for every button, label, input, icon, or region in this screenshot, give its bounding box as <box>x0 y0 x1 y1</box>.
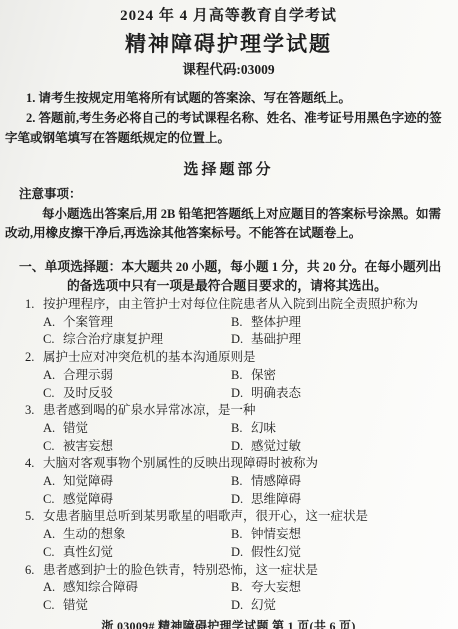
option-label: C. <box>43 438 63 456</box>
notice-block: 注意事项： 每小题选出答案后,用 2B 铅笔把答题纸上对应题目的答案标号涂黑。如… <box>5 186 452 242</box>
option-text: 基础护理 <box>251 331 301 349</box>
option-text: 错觉 <box>63 420 88 438</box>
answer-option: C. 及时反驳 <box>43 385 231 403</box>
question-number: 5. <box>25 508 43 526</box>
option-label: B. <box>231 579 251 597</box>
option-label: C. <box>43 597 63 615</box>
question-stem-row: 6. 患者感到护士的脸色铁青，特别恐怖，这一症状是 <box>5 562 452 580</box>
question-stem: 属护士应对冲突危机的基本沟通原则是 <box>43 349 452 367</box>
option-text: 个案管理 <box>63 314 113 332</box>
option-text: 被害妄想 <box>63 438 113 456</box>
answer-option: D. 幻觉 <box>231 597 452 615</box>
option-label: A. <box>43 314 63 332</box>
option-text: 感知综合障碍 <box>63 579 138 597</box>
page-title: 精神障碍护理学试题 <box>5 30 452 58</box>
question: 3. 患者感到喝的矿泉水异常冰凉，是一种 A. 错觉 B. 幻味 C. 被害妄想… <box>5 402 452 455</box>
exam-session: 2024 年 4 月高等教育自学考试 <box>5 6 452 26</box>
question-stem-row: 1. 按护理程序，由主管护士对每位住院患者从入院到出院全责照护称为 <box>5 296 452 314</box>
answer-option: B. 夸大妄想 <box>231 579 452 597</box>
question-list: 1. 按护理程序，由主管护士对每位住院患者从入院到出院全责照护称为 A. 个案管… <box>5 296 452 615</box>
option-text: 整体护理 <box>251 314 301 332</box>
option-label: B. <box>231 420 251 438</box>
question-stem: 患者感到护士的脸色铁青，特别恐怖，这一症状是 <box>43 562 452 580</box>
answer-option: B. 整体护理 <box>231 314 452 332</box>
option-text: 错觉 <box>63 597 88 615</box>
option-text: 知觉障碍 <box>63 473 113 491</box>
option-label: B. <box>231 314 251 332</box>
answer-option: A. 生动的想象 <box>43 526 231 544</box>
answer-option: C. 综合治疗康复护理 <box>43 331 231 349</box>
answer-option: B. 钟情妄想 <box>231 526 452 544</box>
option-label: A. <box>43 420 63 438</box>
option-text: 幻味 <box>251 420 276 438</box>
option-text: 真性幻觉 <box>63 544 113 562</box>
question: 2. 属护士应对冲突危机的基本沟通原则是 A. 合理示弱 B. 保密 C. 及时… <box>5 349 452 402</box>
answer-option: D. 明确表态 <box>231 385 452 403</box>
question-stem: 大脑对客观事物个别属性的反映出现障碍时被称为 <box>43 455 452 473</box>
question-stem-row: 5. 女患者脑里总听到某男歌星的唱歌声，很开心，这一症状是 <box>5 508 452 526</box>
answer-option: C. 感觉障碍 <box>43 491 231 509</box>
part-heading: 一、单项选择题：本大题共 20 小题，每小题 1 分，共 20 分。在每小题列出… <box>19 258 452 295</box>
option-text: 合理示弱 <box>63 367 113 385</box>
question-number: 3. <box>25 402 43 420</box>
answer-option: A. 感知综合障碍 <box>43 579 231 597</box>
answer-option: C. 真性幻觉 <box>43 544 231 562</box>
option-text: 保密 <box>251 367 276 385</box>
option-label: A. <box>43 526 63 544</box>
question-options: A. 个案管理 B. 整体护理 C. 综合治疗康复护理 D. 基础护理 <box>43 314 452 349</box>
option-label: D. <box>231 597 251 615</box>
answer-option: C. 错觉 <box>43 597 231 615</box>
question-stem: 按护理程序，由主管护士对每位住院患者从入院到出院全责照护称为 <box>43 296 452 314</box>
section-title: 选择题部分 <box>5 160 452 180</box>
instruction-item: 1. 请考生按规定用笔将所有试题的答案涂、写在答题纸上。 <box>5 88 452 108</box>
question-options: A. 知觉障碍 B. 情感障碍 C. 感觉障碍 D. 思维障碍 <box>43 473 452 508</box>
answer-option: A. 个案管理 <box>43 314 231 332</box>
question-number: 1. <box>25 296 43 314</box>
option-text: 感觉障碍 <box>63 491 113 509</box>
notice-text: 每小题选出答案后,用 2B 铅笔把答题纸上对应题目的答案标号涂黑。如需改动,用橡… <box>5 205 452 242</box>
answer-option: A. 知觉障碍 <box>43 473 231 491</box>
option-text: 情感障碍 <box>251 473 301 491</box>
option-text: 生动的想象 <box>63 526 126 544</box>
answer-option: B. 保密 <box>231 367 452 385</box>
answer-option: D. 思维障碍 <box>231 491 452 509</box>
option-label: A. <box>43 473 63 491</box>
option-label: C. <box>43 385 63 403</box>
answer-option: B. 情感障碍 <box>231 473 452 491</box>
option-label: C. <box>43 544 63 562</box>
option-text: 综合治疗康复护理 <box>63 331 163 349</box>
question: 6. 患者感到护士的脸色铁青，特别恐怖，这一症状是 A. 感知综合障碍 B. 夸… <box>5 562 452 615</box>
answer-option: A. 合理示弱 <box>43 367 231 385</box>
answer-option: D. 感觉过敏 <box>231 438 452 456</box>
question-stem: 患者感到喝的矿泉水异常冰凉，是一种 <box>43 402 452 420</box>
option-label: A. <box>43 367 63 385</box>
question-number: 2. <box>25 349 43 367</box>
option-label: B. <box>231 367 251 385</box>
option-text: 钟情妄想 <box>251 526 301 544</box>
question: 5. 女患者脑里总听到某男歌星的唱歌声，很开心，这一症状是 A. 生动的想象 B… <box>5 508 452 561</box>
option-text: 夸大妄想 <box>251 579 301 597</box>
question-options: A. 生动的想象 B. 钟情妄想 C. 真性幻觉 D. 假性幻觉 <box>43 526 452 561</box>
option-label: D. <box>231 385 251 403</box>
option-text: 假性幻觉 <box>251 544 301 562</box>
option-label: D. <box>231 544 251 562</box>
option-label: B. <box>231 526 251 544</box>
option-label: A. <box>43 579 63 597</box>
option-label: C. <box>43 491 63 509</box>
option-label: B. <box>231 473 251 491</box>
notice-label: 注意事项： <box>19 186 452 203</box>
question-stem: 女患者脑里总听到某男歌星的唱歌声，很开心，这一症状是 <box>43 508 452 526</box>
course-code: 课程代码:03009 <box>5 61 452 79</box>
question-stem-row: 2. 属护士应对冲突危机的基本沟通原则是 <box>5 349 452 367</box>
question-options: A. 感知综合障碍 B. 夸大妄想 C. 错觉 D. 幻觉 <box>43 579 452 614</box>
question-number: 4. <box>25 455 43 473</box>
page-footer: 浙 03009# 精神障碍护理学试题 第 1 页(共 6 页) <box>5 618 452 629</box>
answer-option: C. 被害妄想 <box>43 438 231 456</box>
instruction-item: 2. 答题前,考生务必将自己的考试课程名称、姓名、准考证号用黑色字迹的签字笔或钢… <box>5 108 452 148</box>
answer-option: A. 错觉 <box>43 420 231 438</box>
general-instructions: 1. 请考生按规定用笔将所有试题的答案涂、写在答题纸上。 2. 答题前,考生务必… <box>5 88 452 148</box>
question: 1. 按护理程序，由主管护士对每位住院患者从入院到出院全责照护称为 A. 个案管… <box>5 296 452 349</box>
paper-header: 2024 年 4 月高等教育自学考试 精神障碍护理学试题 课程代码:03009 <box>5 6 452 79</box>
option-text: 思维障碍 <box>251 491 301 509</box>
option-label: D. <box>231 491 251 509</box>
question-options: A. 错觉 B. 幻味 C. 被害妄想 D. 感觉过敏 <box>43 420 452 455</box>
question-options: A. 合理示弱 B. 保密 C. 及时反驳 D. 明确表态 <box>43 367 452 402</box>
question-stem-row: 4. 大脑对客观事物个别属性的反映出现障碍时被称为 <box>5 455 452 473</box>
answer-option: D. 假性幻觉 <box>231 544 452 562</box>
question: 4. 大脑对客观事物个别属性的反映出现障碍时被称为 A. 知觉障碍 B. 情感障… <box>5 455 452 508</box>
option-text: 明确表态 <box>251 385 301 403</box>
option-text: 及时反驳 <box>63 385 113 403</box>
question-stem-row: 3. 患者感到喝的矿泉水异常冰凉，是一种 <box>5 402 452 420</box>
option-text: 幻觉 <box>251 597 276 615</box>
exam-paper-page: 2024 年 4 月高等教育自学考试 精神障碍护理学试题 课程代码:03009 … <box>0 0 458 629</box>
answer-option: D. 基础护理 <box>231 331 452 349</box>
option-label: D. <box>231 331 251 349</box>
option-label: D. <box>231 438 251 456</box>
question-number: 6. <box>25 562 43 580</box>
option-label: C. <box>43 331 63 349</box>
option-text: 感觉过敏 <box>251 438 301 456</box>
answer-option: B. 幻味 <box>231 420 452 438</box>
